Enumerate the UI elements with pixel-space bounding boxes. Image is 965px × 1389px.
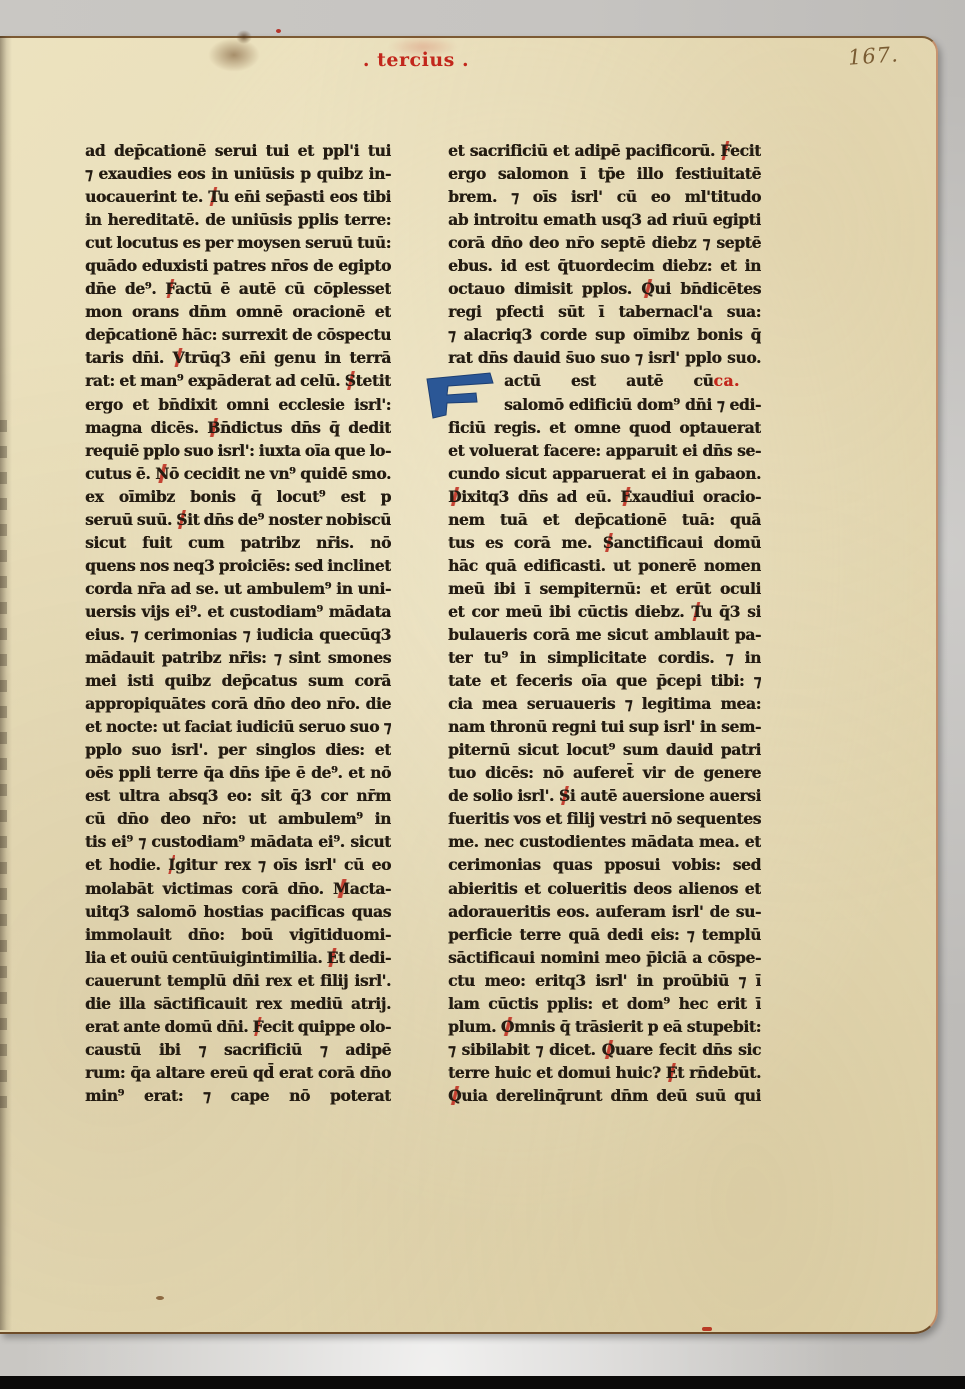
text-line: lam cūctis pplis: et dom⁹ hec erit ī exe… [448, 992, 761, 1015]
text-line: cū dn̄o deo nr̄o: ut ambulem⁹ in decre- [85, 807, 391, 830]
text-line: cerimonias quas pposui vobis: sed [448, 853, 761, 876]
text-line: ctu meo: eritq3 isrl' in proūbiū ⁊ ī fab… [448, 969, 761, 992]
text-line: dep̄cationē hāc: surrexit de cōspectu al… [85, 323, 391, 346]
left-column-lines: ad dep̄cationē serui tui et ppl'i tui is… [85, 139, 391, 1107]
text-line: ⁊ alacriq3 corde sup oīmibz bonis q̄ fec… [448, 323, 761, 346]
text-line: ergo et bn̄dixit omni ecclesie isrl': vo… [85, 393, 391, 416]
text-line: uocauerint te. Tu en̄i sep̄asti eos tibi [85, 185, 391, 208]
text-line: mon orans dn̄m omnē oracionē et [85, 300, 391, 323]
text-line: corā dn̄o deo nr̄o septē diebz ⁊ septē d… [448, 231, 761, 254]
text-line: uersis vijs ei⁹. et custodiam⁹ mādata [85, 600, 391, 623]
text-line: oēs ppli terre q̄a dn̄s ip̄e ē de⁹. et n… [85, 761, 391, 784]
text-line: immolauit dn̄o: boū vigītiduomi- [85, 923, 391, 946]
red-edge-mark [702, 1327, 712, 1331]
text-line: tuo dicēs: nō auferet̄ vir de genere tuo [448, 761, 761, 784]
text-line: ⁊ exaudies eos in uniūsis p quibz in- [85, 162, 391, 185]
text-line: mādauit patribz nr̄is: ⁊ sint smones [85, 646, 391, 669]
facing-page-showthrough [0, 420, 7, 1120]
text-line: et voluerat facere: apparuit ei dn̄s se- [448, 439, 761, 462]
text-line: quādo eduxisti patres nr̄os de egipto [85, 254, 391, 277]
text-line: pplo suo isrl'. per singlos dies: et sci… [85, 738, 391, 761]
text-line: et cor meū ibi cūctis diebz. Tu q̄3 si a… [448, 600, 761, 623]
text-line: bulaueris corā me sicut amblauit pa- [448, 623, 761, 646]
text-line: appropiquātes corā dn̄o deo nr̄o. die [85, 692, 391, 715]
text-line: nam thronū regni tui sup isrl' in sem- [448, 715, 761, 738]
chapter-number-label: ca. ix. [713, 369, 761, 392]
text-line: perficie terre quā dedi eis: ⁊ templū qd… [448, 923, 761, 946]
verses-before-chapter: et sacrificiū et adipē pacificorū. Fecit… [448, 139, 761, 369]
verses-after-chapter: ficiū regis. et omne quod optaueratet vo… [448, 416, 761, 1107]
text-line: piternū sicut locut⁹ sum dauid patri [448, 738, 761, 761]
text-line: rum: q̄a altare ereū qd̄ erat corā dn̄o [85, 1061, 391, 1084]
text-line: molabāt victimas corā dn̄o. Macta- [85, 877, 391, 900]
text-line: caustū ibi ⁊ sacrificiū ⁊ adipē pacifico… [85, 1038, 391, 1061]
text-line: rat dn̄s dauid s̄uo suo ⁊ isrl' pplo suo… [448, 346, 761, 369]
text-line: requiē pplo suo isrl': iuxta oīa que lo- [85, 439, 391, 462]
text-line: magna dicēs. Bn̄dictus dn̄s q̄ dedit [85, 416, 391, 439]
text-line: sicut fuit cum patribz nr̄is. nō derelin… [85, 531, 391, 554]
text-line: brem. ⁊ oīs isrl' cū eo ml'titudo magna [448, 185, 761, 208]
text-line: cauerunt templū dn̄i rex et filij isrl'.… [85, 969, 391, 992]
text-line: tis ei⁹ ⁊ custodiam⁹ mādata ei⁹. sicut [85, 830, 391, 853]
text-line: nem tuā et dep̄cationē tuā: quā dep̄ca- [448, 508, 761, 531]
text-line: quens nos neq3 proiciēs: sed inclinet [85, 554, 391, 577]
text-line: eius. ⁊ cerimonias ⁊ iudicia quecūq3 [85, 623, 391, 646]
text-line: cundo sicut apparuerat ei in gabaon. [448, 462, 761, 485]
text-line: sāctificaui nomini meo p̄iciā a cōspe- [448, 946, 761, 969]
text-line: ter tu⁹ in simplicitate cordis. ⁊ in equ… [448, 646, 761, 669]
folio-number: 167. [847, 42, 899, 69]
text-line: ad dep̄cationē serui tui et ppl'i tui is… [85, 139, 391, 162]
text-line: meū ibi ī sempiternū: et erūt oculi mei [448, 577, 761, 600]
text-line: dn̄e de⁹. Factū ē autē cū cōplesset salo… [85, 277, 391, 300]
text-line: tate et feceris oīa que p̄cepi tibi: ⁊ i… [448, 669, 761, 692]
text-line: me. nec custodientes mādata mea. et [448, 830, 761, 853]
text-line: die illa sāctificauit rex mediū atrij. q… [85, 992, 391, 1015]
text-line: terre huic et domui huic? Et rn̄debūt. [448, 1061, 761, 1084]
text-line: regi pfecti sūt ī tabernacl'a sua: letāt… [448, 300, 761, 323]
text-line: mei isti quibz dep̄catus sum corā dn̄o [85, 669, 391, 692]
text-line: abieritis et colueritis deos alienos et [448, 877, 761, 900]
text-line: plum. Omnis q̄ trāsierit p eā stupebit: [448, 1015, 761, 1038]
right-text-column: et sacrificiū et adipē pacificorū. Fecit… [448, 139, 761, 1107]
text-line: uitq3 salomō hostias pacificas quas [85, 900, 391, 923]
text-line: seruū suū. Sit dn̄s de⁹ noster nobiscū [85, 508, 391, 531]
text-line: est ultra absq3 eo: sit q̄3 cor nr̄m pfe… [85, 784, 391, 807]
text-line: ab introitu emath usq3 ad riuū egipti [448, 208, 761, 231]
red-speck [276, 29, 281, 33]
text-line: Quia derelinq̄runt dn̄m deū suū qui [448, 1084, 761, 1107]
text-line: ⁊ sibilabit ⁊ dicet. Quare fecit dn̄s si… [448, 1038, 761, 1061]
text-line: adoraueritis eos. auferam isrl' de su- [448, 900, 761, 923]
text-line: erat ante domū dn̄i. Fecit quippe olo- [85, 1015, 391, 1038]
text-line: in hereditatē. de uniūsis pplis terre: s… [85, 208, 391, 231]
speck [156, 1296, 164, 1300]
text-line: et hodie. Igitur rex ⁊ oīs isrl' cū eo i… [85, 853, 391, 876]
chapter-second-line: salomō edificiū dom⁹ dn̄i ⁊ edi- [504, 393, 761, 416]
text-line: ergo salomon ī tp̄e illo festiuitatē cel… [448, 162, 761, 185]
text-line: hāc quā edificasti. ut ponerē nomen [448, 554, 761, 577]
text-line: lia et ouiū centūuigintimilia. Et dedi- [85, 946, 391, 969]
text-line: fueritis vos et filij vestri nō sequente… [448, 807, 761, 830]
running-title: . tercius . [356, 49, 476, 71]
manuscript-photo: . tercius . 167. ad dep̄cationē serui tu… [0, 0, 965, 1389]
text-line: cia mea seruaueris ⁊ legitima mea: po- [448, 692, 761, 715]
text-line: ex oīmibz bonis q̄ locut⁹ est p moysen [85, 485, 391, 508]
text-line: et sacrificiū et adipē pacificorū. Fecit [448, 139, 761, 162]
text-line: min⁹ erat: ⁊ cape nō poterat olocausta. [85, 1084, 391, 1107]
text-line: de solio isrl'. Si autē auersione auersi [448, 784, 761, 807]
text-line: Dixitq3 dn̄s ad eū. Exaudiui oracio- [448, 485, 761, 508]
stain [236, 30, 252, 44]
text-line: tus es corā me. Sanctificaui domū [448, 531, 761, 554]
text-line: octauo dimisit pplos. Qui bn̄dicētes [448, 277, 761, 300]
text-line: rat: et man⁹ expāderat ad celū. Stetit [85, 369, 391, 392]
text-line: taris dn̄i. Vtrūq3 en̄i genu in terrā fi… [85, 346, 391, 369]
stain [208, 38, 260, 72]
text-line: cut locutus es per moysen seruū tuū: [85, 231, 391, 254]
text-line: et nocte: ut faciat iudiciū seruo suo ⁊ [85, 715, 391, 738]
text-line: cutus ē. Nō cecidit ne vn⁹ quidē smo. [85, 462, 391, 485]
text-line: ebus. id est q̄tuordecim diebz: et in di… [448, 254, 761, 277]
chapter-opening-text: actū est autē cū perfecisset . [504, 369, 713, 392]
text-line: corda nr̄a ad se. ut ambulem⁹ in uni- [85, 577, 391, 600]
illuminated-initial-F-icon [424, 370, 498, 420]
chapter-opening: actū est autē cū perfecisset . ca. ix. s… [448, 369, 761, 415]
left-text-column: ad dep̄cationē serui tui et ppl'i tui is… [85, 139, 391, 1107]
